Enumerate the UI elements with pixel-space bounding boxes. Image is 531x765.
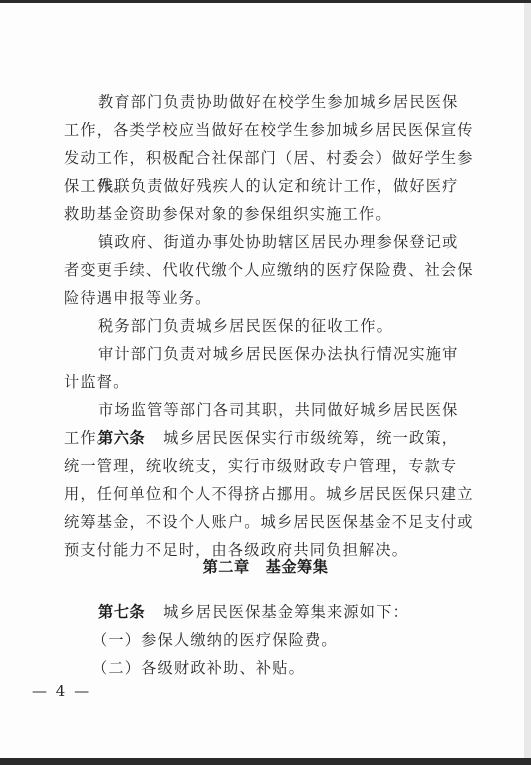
list-item-2: （二）各级财政补助、补贴。 [64,654,474,682]
chapter-title: 基金筹集 [266,558,329,576]
chapter-heading: 第二章基金筹集 [0,556,531,577]
paragraph-audit: 审计部门负责对城乡居民医保办法执行情况实施审计监督。 [64,340,474,396]
paragraph-tax: 税务部门负责城乡居民医保的征收工作。 [64,312,474,340]
page-number: — 4 — [32,682,91,700]
list-item-1: （一）参保人缴纳的医疗保险费。 [64,626,474,654]
chapter-number: 第二章 [203,558,250,576]
page-right-edge [524,3,531,758]
article-7: 第七条 城乡居民医保基金筹集来源如下： [64,598,474,626]
viewer-bottom-bar [0,758,531,765]
paragraph-disability: 残联负责做好残疾人的认定和统计工作，做好医疗救助基金资助参保对象的参保组织实施工… [64,172,474,228]
article-6-label: 第六条 [98,429,145,447]
paragraph-town-government: 镇政府、街道办事处协助辖区居民办理参保登记或者变更手续、代收代缴个人应缴纳的医疗… [64,228,474,312]
article-6: 第六条 城乡居民医保实行市级统筹，统一政策，统一管理，统收统支，实行市级财政专户… [64,424,474,564]
article-7-label: 第七条 [98,603,145,621]
